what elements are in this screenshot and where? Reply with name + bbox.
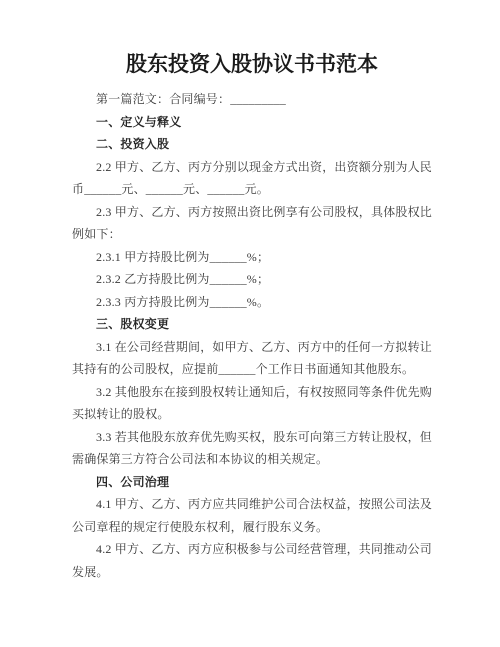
section-heading: 四、公司治理 xyxy=(72,471,432,494)
document-title: 股东投资入股协议书书范本 xyxy=(72,50,432,78)
paragraph: 2.3 甲方、乙方、丙方按照出资比例享有公司股权，具体股权比例如下： xyxy=(72,201,432,246)
paragraph: 第一篇范文：合同编号：_________ xyxy=(72,88,432,111)
paragraph: 3.1 在公司经营期间，如甲方、乙方、丙方中的任何一方拟转让其持有的公司股权，应… xyxy=(72,336,432,381)
paragraph: 2.2 甲方、乙方、丙方分别以现金方式出资，出资额分别为人民币______元、_… xyxy=(72,156,432,201)
paragraph: 4.2 甲方、乙方、丙方应积极参与公司经营管理，共同推动公司发展。 xyxy=(72,538,432,583)
paragraph: 2.3.1 甲方持股比例为______%； xyxy=(72,246,432,269)
paragraph: 4.1 甲方、乙方、丙方应共同维护公司合法权益，按照公司法及公司章程的规定行使股… xyxy=(72,493,432,538)
section-heading: 一、定义与释义 xyxy=(72,111,432,134)
section-heading: 三、股权变更 xyxy=(72,313,432,336)
paragraph: 3.3 若其他股东放弃优先购买权，股东可向第三方转让股权，但需确保第三方符合公司… xyxy=(72,426,432,471)
document-body: 第一篇范文：合同编号：_________一、定义与释义二、投资入股2.2 甲方、… xyxy=(72,88,432,583)
section-heading: 二、投资入股 xyxy=(72,133,432,156)
document-page: 股东投资入股协议书书范本 第一篇范文：合同编号：_________一、定义与释义… xyxy=(0,0,500,647)
paragraph: 2.3.3 丙方持股比例为______%。 xyxy=(72,291,432,314)
paragraph: 2.3.2 乙方持股比例为______%； xyxy=(72,268,432,291)
paragraph: 3.2 其他股东在接到股权转让通知后，有权按照同等条件优先购买拟转让的股权。 xyxy=(72,381,432,426)
